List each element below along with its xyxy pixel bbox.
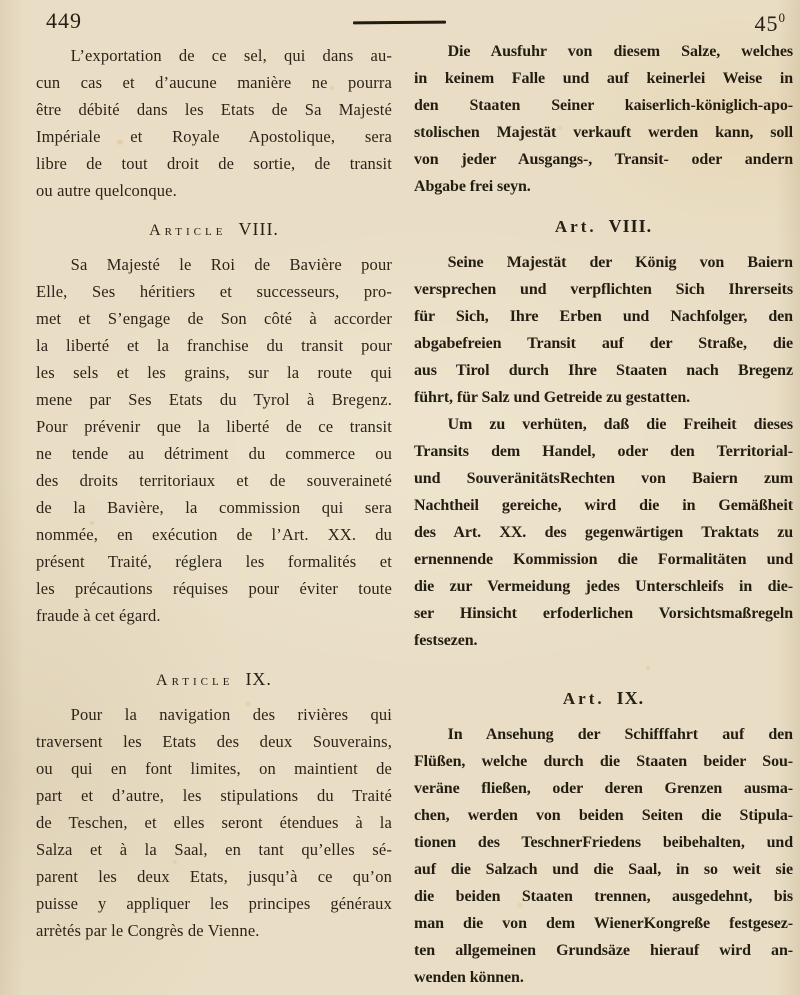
text-line: in keinem Falle und auf keinerlei Weise … [414,65,793,92]
heading-article-8-german: Art.VIII. [414,216,793,237]
paragraph-de-salt-export: Die Ausfuhr von diesem Salze, welchesin … [414,38,793,200]
scanned-book-page: 449 450 L’exportation de ce sel, qui dan… [0,0,800,995]
text-line: Seine Majestät der König von Baiern [414,249,793,276]
text-line: part et d’autre, les stipulations du Tra… [36,782,392,809]
text-line: aus Tirol durch Ihre Staaten nach Bregen… [414,357,793,384]
text-line: Pour prévenir que la liberté de ce trans… [36,413,392,440]
heading-article-9-german: Art.IX. [414,688,793,709]
column-french: L’exportation de ce sel, qui dans au-cun… [36,42,392,944]
article-label: Art. [563,689,605,708]
text-line: traversent les Etats des deux Souverains… [36,728,392,755]
text-line: ten allgemeinen Grundsäze hierauf wird a… [414,937,793,964]
text-line: ne tende au détriment du commerce ou [36,440,392,467]
text-line: Sa Majesté le Roi de Bavière pour [36,251,392,278]
text-line: met et S’engage de Son côté à accorder [36,305,392,332]
text-line: libre de tout droit de sortie, de transi… [36,150,392,177]
text-line: von jeder Ausgangs-, Transit- oder ander… [414,146,793,173]
text-line: führt, für Salz und Getreide zu gestatte… [414,384,793,411]
text-line: In Ansehung der Schifffahrt auf den [414,721,793,748]
paragraph-de-article-8-body-1: Seine Majestät der König von Baiernversp… [414,249,793,411]
text-line: de Teschen, et elles seront étendues à l… [36,809,392,836]
article-label: Art. [555,217,597,236]
text-line: Pour la navigation des rivières qui [36,701,392,728]
text-line: les sels et les grains, sur la route qui [36,359,392,386]
page-number-right-superscript: 0 [779,10,787,25]
text-line: fraude à cet égard. [36,602,392,629]
text-line: cun cas et d’aucune manière ne pourra [36,69,392,96]
text-line: für Sich, Ihre Erben und Nachfolger, den [414,303,793,330]
text-line: puisse y appliquer les principes générau… [36,890,392,917]
text-line: la liberté et la franchise du transit po… [36,332,392,359]
text-line: auf die Salzach und die Saal, in so weit… [414,856,793,883]
text-line: des droits territoriaux et de souveraine… [36,467,392,494]
article-numeral: VIII. [238,219,278,239]
text-line: die zur Vermeidung jedes Unterschleifs i… [414,573,793,600]
article-label: Article [156,672,233,689]
text-line: Salza et à la Saal, en tant qu’elles sé- [36,836,392,863]
text-line: ou qui en font limites, on maintient de [36,755,392,782]
text-line: Um zu verhüten, daß die Freiheit dieses [414,411,793,438]
article-numeral: IX. [617,688,645,708]
text-line: L’exportation de ce sel, qui dans au- [36,42,392,69]
text-line: stolischen Majestät verkauft werden kann… [414,119,793,146]
text-line: Flüßen, welche durch die Staaten beider … [414,748,793,775]
paragraph-de-article-9-body: In Ansehung der Schifffahrt auf denFlüße… [414,721,793,991]
text-line: Nachtheil gereiche, wird die in Gemäßhei… [414,492,793,519]
text-line: Abgabe frei seyn. [414,173,793,200]
text-line: nommée, en exécution de l’Art. XX. du [36,521,392,548]
page-number-left: 449 [46,8,82,34]
text-line: de la Bavière, la commission qui sera [36,494,392,521]
text-line: présent Traité, réglera les formalités e… [36,548,392,575]
text-line: Die Ausfuhr von diesem Salze, welches [414,38,793,65]
text-line: veräne fließen, oder deren Grenzen ausma… [414,775,793,802]
section-divider-rule [353,21,446,25]
text-line: abgabefreien Transit auf der Straße, die [414,330,793,357]
paragraph-fr-article-8-body: Sa Majesté le Roi de Bavière pourElle, S… [36,251,392,629]
column-german: Die Ausfuhr von diesem Salze, welchesin … [414,38,793,991]
paragraph-fr-salt-export: L’exportation de ce sel, qui dans au-cun… [36,42,392,204]
paragraph-de-article-8-body-2: Um zu verhüten, daß die Freiheit diesesT… [414,411,793,654]
text-line: wenden können. [414,964,793,991]
text-line: être débité dans les Etats de Sa Majesté [36,96,392,123]
text-line: tionen des TeschnerFriedens beibehalten,… [414,829,793,856]
text-line: versprechen und verpflichten Sich Ihrers… [414,276,793,303]
text-line: festsezen. [414,627,793,654]
text-line: mene par Ses Etats du Tyrol à Bregenz. [36,386,392,413]
text-line: ou autre quelconque. [36,177,392,204]
article-numeral: VIII. [609,216,653,236]
heading-article-8-french: ArticleVIII. [36,219,392,240]
page-number-right-base: 45 [755,11,779,36]
text-line: des Art. XX. des gegenwärtigen Traktats … [414,519,793,546]
text-line: arrètés par le Congrès de Vienne. [36,917,392,944]
text-line: les précautions réquises pour éviter tou… [36,575,392,602]
text-line: man die von dem WienerKongreße festgesez… [414,910,793,937]
text-line: ernennende Kommission die Formalitäten u… [414,546,793,573]
page-number-right: 450 [755,10,787,37]
text-line: Impériale et Royale Apostolique, sera [36,123,392,150]
paragraph-fr-article-9-body: Pour la navigation des rivières quitrave… [36,701,392,944]
text-line: und SouveränitätsRechten von Baiern zum [414,465,793,492]
text-line: Transits dem Handel, oder den Territoria… [414,438,793,465]
text-line: ser Hinsicht erfoderlichen Vorsichtsmaßr… [414,600,793,627]
heading-article-9-french: ArticleIX. [36,669,392,690]
text-line: die beiden Staaten trennen, ausgedehnt, … [414,883,793,910]
text-line: Elle, Ses héritiers et successeurs, pro- [36,278,392,305]
text-line: parent les deux Etats, jusqu’à ce qu’on [36,863,392,890]
text-line: den Staaten Seiner kaiserlich-königlich-… [414,92,793,119]
article-label: Article [149,222,226,239]
text-line: chen, werden von beiden Seiten die Stipu… [414,802,793,829]
article-numeral: IX. [245,669,272,689]
